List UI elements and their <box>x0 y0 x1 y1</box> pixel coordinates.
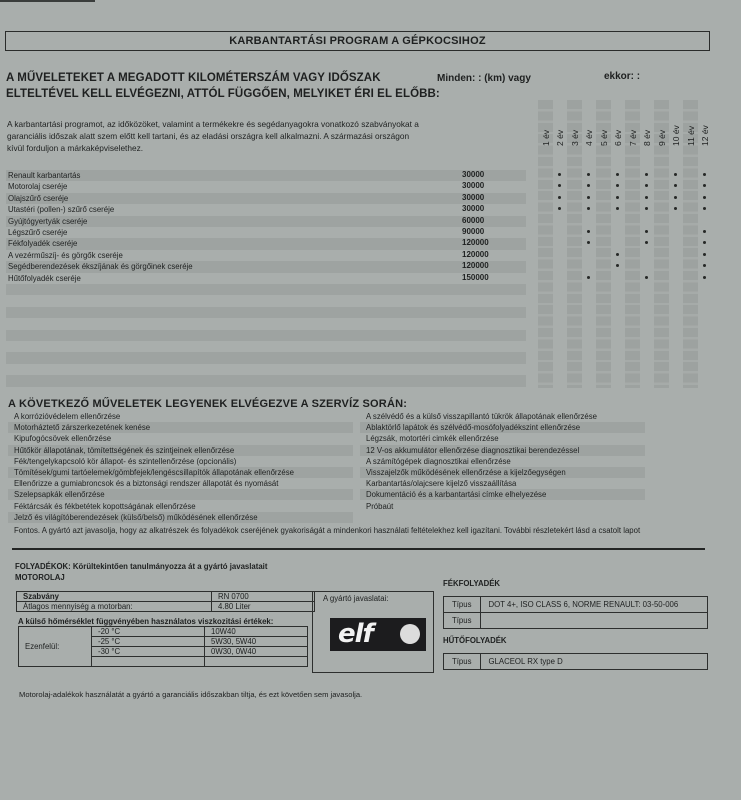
table-row: Utastéri (pollen-) szűrő cseréje30000 <box>6 204 526 215</box>
year-label: 6 év <box>611 108 625 146</box>
year-label: 12 év <box>698 108 712 146</box>
coolant-table: TípusGLACEOL RX type D <box>443 653 708 670</box>
check-item-label: Ellenőrizze a gumiabroncsok és a biztons… <box>8 479 278 488</box>
check-item: Karbantartás/olajcsere kijelző visszaáll… <box>360 478 645 489</box>
elf-logo-text: elf <box>338 619 373 649</box>
table-row: Légszűrő cseréje90000 <box>6 227 526 238</box>
check-item-label: Féktárcsák és fékbetétek kopottságának e… <box>8 502 196 511</box>
check-item: Motorháztető zárszerkezetének kenése <box>8 422 353 433</box>
scheduled-dot-icon <box>703 276 706 279</box>
check-item-label: Tömítések/gumi tartóelemek/gömbfejek/len… <box>8 468 294 477</box>
intro-line-2: ELTELTÉVEL KELL ELVÉGEZNI, ATTÓL FÜGGŐEN… <box>6 86 440 102</box>
table-row <box>6 364 526 375</box>
scheduled-dot-icon <box>703 173 706 176</box>
table-row: Hűtőfolyadék cseréje150000 <box>6 273 526 284</box>
intro-line-1: A MŰVELETEKET A MEGADOTT KILOMÉTERSZÁM V… <box>6 70 440 86</box>
interval-km-label: Minden: : (km) vagy <box>437 73 531 84</box>
table-row <box>6 295 526 306</box>
check-item: Visszajelzők működésének ellenőrzése a k… <box>360 467 645 478</box>
viscosity-grade-cell: 0W30, 0W40 <box>205 647 308 657</box>
manufacturer-recommendation-box: A gyártó javaslatai: elf <box>312 591 434 673</box>
year-label: 4 év <box>582 108 596 146</box>
page-title: KARBANTARTÁSI PROGRAM A GÉPKOCSIHOZ <box>5 31 710 51</box>
motor-oil-table: Szabvány RN 0700 Átlagos mennyiség a mot… <box>16 591 315 612</box>
check-item: 12 V-os akkumulátor ellenőrzése diagnosz… <box>360 445 645 456</box>
check-item: A szélvédő és a külső visszapillantó tük… <box>360 411 645 422</box>
check-item-label: Jelző és világítóberendezések (külső/bel… <box>8 513 258 522</box>
top-edge-line <box>0 0 95 2</box>
maintenance-item: Gyújtógyertyák cseréje <box>8 216 87 227</box>
type-label: Típus <box>444 613 481 629</box>
viscosity-grade-cell: 10W40 <box>205 627 308 637</box>
year-label: 8 év <box>640 108 654 146</box>
year-label: 9 év <box>655 108 669 146</box>
table-row <box>6 284 526 295</box>
check-item: Légzsák, motortéri cimkék ellenőrzése <box>360 433 645 444</box>
maintenance-km: 90000 <box>462 226 484 237</box>
check-item: Tömítések/gumi tartóelemek/gömbfejek/len… <box>8 467 353 478</box>
table-row: Olajszűrő cseréje30000 <box>6 193 526 204</box>
table-row: Ezenfelül:-20 °C10W40 <box>19 627 308 637</box>
table-row <box>6 375 526 386</box>
maintenance-item: Utastéri (pollen-) szűrő cseréje <box>8 204 114 215</box>
maintenance-item: Motorolaj cseréje <box>8 181 67 192</box>
table-row: Fékfolyadék cseréje120000 <box>6 238 526 249</box>
type-label: Típus <box>444 654 481 670</box>
interval-time-label: ekkor: : <box>604 71 640 82</box>
table-row: Szabvány RN 0700 <box>17 592 315 602</box>
maintenance-km: 120000 <box>462 249 489 260</box>
maintenance-km: 120000 <box>462 237 489 248</box>
table-row <box>6 307 526 318</box>
quantity-label: Átlagos mennyiség a motorban: <box>17 602 212 612</box>
type-value: DOT 4+, ISO CLASS 6, NORME RENAULT: 03-5… <box>480 597 707 613</box>
check-item-label: Motorháztető zárszerkezetének kenése <box>8 423 150 432</box>
maintenance-km: 30000 <box>462 169 484 180</box>
standard-value: RN 0700 <box>212 592 315 602</box>
important-note: Fontos. A gyártó azt javasolja, hogy az … <box>14 526 640 535</box>
maintenance-item: Olajszűrő cseréje <box>8 193 68 204</box>
check-item-label: Légzsák, motortéri cimkék ellenőrzése <box>360 434 499 443</box>
scheduled-dot-icon <box>645 196 648 199</box>
check-item: Fék/tengelykapcsoló kör állapot- és szin… <box>8 456 353 467</box>
check-item: Próbaút <box>360 501 645 512</box>
temperature-cell: -25 °C <box>92 637 205 647</box>
check-item: Hűtőkör állapotának, tömítettségének és … <box>8 445 353 456</box>
additive-note: Motorolaj-adalékok használatát a gyártó … <box>19 690 362 699</box>
check-item-label: Hűtőkör állapotának, tömítettségének és … <box>8 446 234 455</box>
temperature-cell: -30 °C <box>92 647 205 657</box>
year-label: 5 év <box>597 108 611 146</box>
scheduled-dot-icon <box>703 196 706 199</box>
maintenance-item: Renault karbantartás <box>8 170 80 181</box>
page-title-text: KARBANTARTÁSI PROGRAM A GÉPKOCSIHOZ <box>229 35 486 47</box>
table-row <box>6 318 526 329</box>
description-text: A karbantartási programot, az időközöket… <box>7 118 427 154</box>
temperature-cell <box>92 657 205 667</box>
year-label: 3 év <box>568 108 582 146</box>
check-item: Dokumentáció és a karbantartási címke el… <box>360 489 645 500</box>
service-checks-title: A KÖVETKEZŐ MŰVELETEK LEGYENEK ELVÉGEZVE… <box>8 398 407 410</box>
scheduled-dot-icon <box>674 196 677 199</box>
maintenance-km: 30000 <box>462 180 484 191</box>
table-row: Renault karbantartás30000 <box>6 170 526 181</box>
table-row <box>6 341 526 352</box>
standard-label: Szabvány <box>17 592 212 602</box>
temperature-cell: -20 °C <box>92 627 205 637</box>
check-item-label: Kipufogócsövek ellenőrzése <box>8 434 111 443</box>
check-item: Ellenőrizze a gumiabroncsok és a biztons… <box>8 478 353 489</box>
type-value <box>480 613 707 629</box>
check-item: A korrózióvédelem ellenőrzése <box>8 411 353 422</box>
check-item-label: A korrózióvédelem ellenőrzése <box>8 412 120 421</box>
table-row <box>6 330 526 341</box>
maintenance-item: Hűtőfolyadék cseréje <box>8 273 81 284</box>
coolant-heading: HŰTŐFOLYADÉK <box>443 636 507 645</box>
table-row: Átlagos mennyiség a motorban: 4.80 Liter <box>17 602 315 612</box>
scheduled-dot-icon <box>645 276 648 279</box>
year-label: 2 év <box>553 108 567 146</box>
check-item: A számítógépek diagnosztikai ellenőrzése <box>360 456 645 467</box>
table-row <box>6 352 526 363</box>
year-label: 11 év <box>684 108 698 146</box>
table-row: A vezérműszíj- és görgők cseréje120000 <box>6 250 526 261</box>
maintenance-km: 60000 <box>462 215 484 226</box>
year-label: 7 év <box>626 108 640 146</box>
section-divider <box>12 548 705 550</box>
check-item-label: Visszajelzők működésének ellenőrzése a k… <box>360 468 566 477</box>
check-item-label: A szélvédő és a külső visszapillantó tük… <box>360 412 597 421</box>
elf-logo: elf <box>330 618 426 651</box>
quantity-value: 4.80 Liter <box>212 602 315 612</box>
check-item-label: Dokumentáció és a karbantartási címke el… <box>360 490 546 499</box>
maintenance-km: 150000 <box>462 272 489 283</box>
type-label: Típus <box>444 597 481 613</box>
check-item-label: 12 V-os akkumulátor ellenőrzése diagnosz… <box>360 446 579 455</box>
check-item-label: A számítógépek diagnosztikai ellenőrzése <box>360 457 511 466</box>
viscosity-grade-cell <box>205 657 308 667</box>
brake-fluid-heading: FÉKFOLYADÉK <box>443 579 500 588</box>
check-item: Jelző és világítóberendezések (külső/bel… <box>8 512 353 523</box>
year-label: 1 év <box>539 108 553 146</box>
maintenance-km: 30000 <box>462 203 484 214</box>
viscosity-grade-cell: 5W30, 5W40 <box>205 637 308 647</box>
check-item-label: Próbaút <box>360 502 393 511</box>
maintenance-item: Segédberendezések ékszíjának és görgőine… <box>8 261 193 272</box>
recommendation-label: A gyártó javaslatai: <box>323 594 388 603</box>
maintenance-km: 120000 <box>462 260 489 271</box>
table-row: TípusDOT 4+, ISO CLASS 6, NORME RENAULT:… <box>444 597 708 613</box>
viscosity-title: A külső hőmérséklet függvényében használ… <box>18 617 273 626</box>
check-item: Szelepsapkák ellenőrzése <box>8 489 353 500</box>
check-item-label: Ablaktörlő lapátok és szélvédő-mosófolya… <box>360 423 580 432</box>
motor-oil-heading: MOTOROLAJ <box>15 573 65 582</box>
check-item: Féktárcsák és fékbetétek kopottságának e… <box>8 501 353 512</box>
scheduled-dot-icon <box>703 253 706 256</box>
scheduled-dot-icon <box>703 230 706 233</box>
table-row: TípusGLACEOL RX type D <box>444 654 708 670</box>
viscosity-table: Ezenfelül:-20 °C10W40-25 °C5W30, 5W40-30… <box>18 626 308 667</box>
table-row: Gyújtógyertyák cseréje60000 <box>6 216 526 227</box>
check-item-label: Fék/tengelykapcsoló kör állapot- és szin… <box>8 457 236 466</box>
year-label: 10 év <box>669 108 683 146</box>
fluids-heading: FOLYADÉKOK: Körültekintően tanulmányozza… <box>15 562 267 571</box>
check-item: Kipufogócsövek ellenőrzése <box>8 433 353 444</box>
type-value: GLACEOL RX type D <box>480 654 707 670</box>
brake-fluid-table: TípusDOT 4+, ISO CLASS 6, NORME RENAULT:… <box>443 596 708 629</box>
maintenance-item: A vezérműszíj- és görgők cseréje <box>8 250 123 261</box>
table-row: Típus <box>444 613 708 629</box>
check-item: Ablaktörlő lapátok és szélvédő-mosófolya… <box>360 422 645 433</box>
table-row: Segédberendezések ékszíjának és görgőine… <box>6 261 526 272</box>
maintenance-item: Légszűrő cseréje <box>8 227 67 238</box>
check-item-label: Karbantartás/olajcsere kijelző visszaáll… <box>360 479 516 488</box>
check-item-label: Szelepsapkák ellenőrzése <box>8 490 105 499</box>
maintenance-km: 30000 <box>462 192 484 203</box>
globe-icon <box>400 624 420 644</box>
viscosity-group-label: Ezenfelül: <box>19 627 92 667</box>
table-row: Motorolaj cseréje30000 <box>6 181 526 192</box>
maintenance-item: Fékfolyadék cseréje <box>8 238 77 249</box>
intro-heading: A MŰVELETEKET A MEGADOTT KILOMÉTERSZÁM V… <box>6 70 440 102</box>
